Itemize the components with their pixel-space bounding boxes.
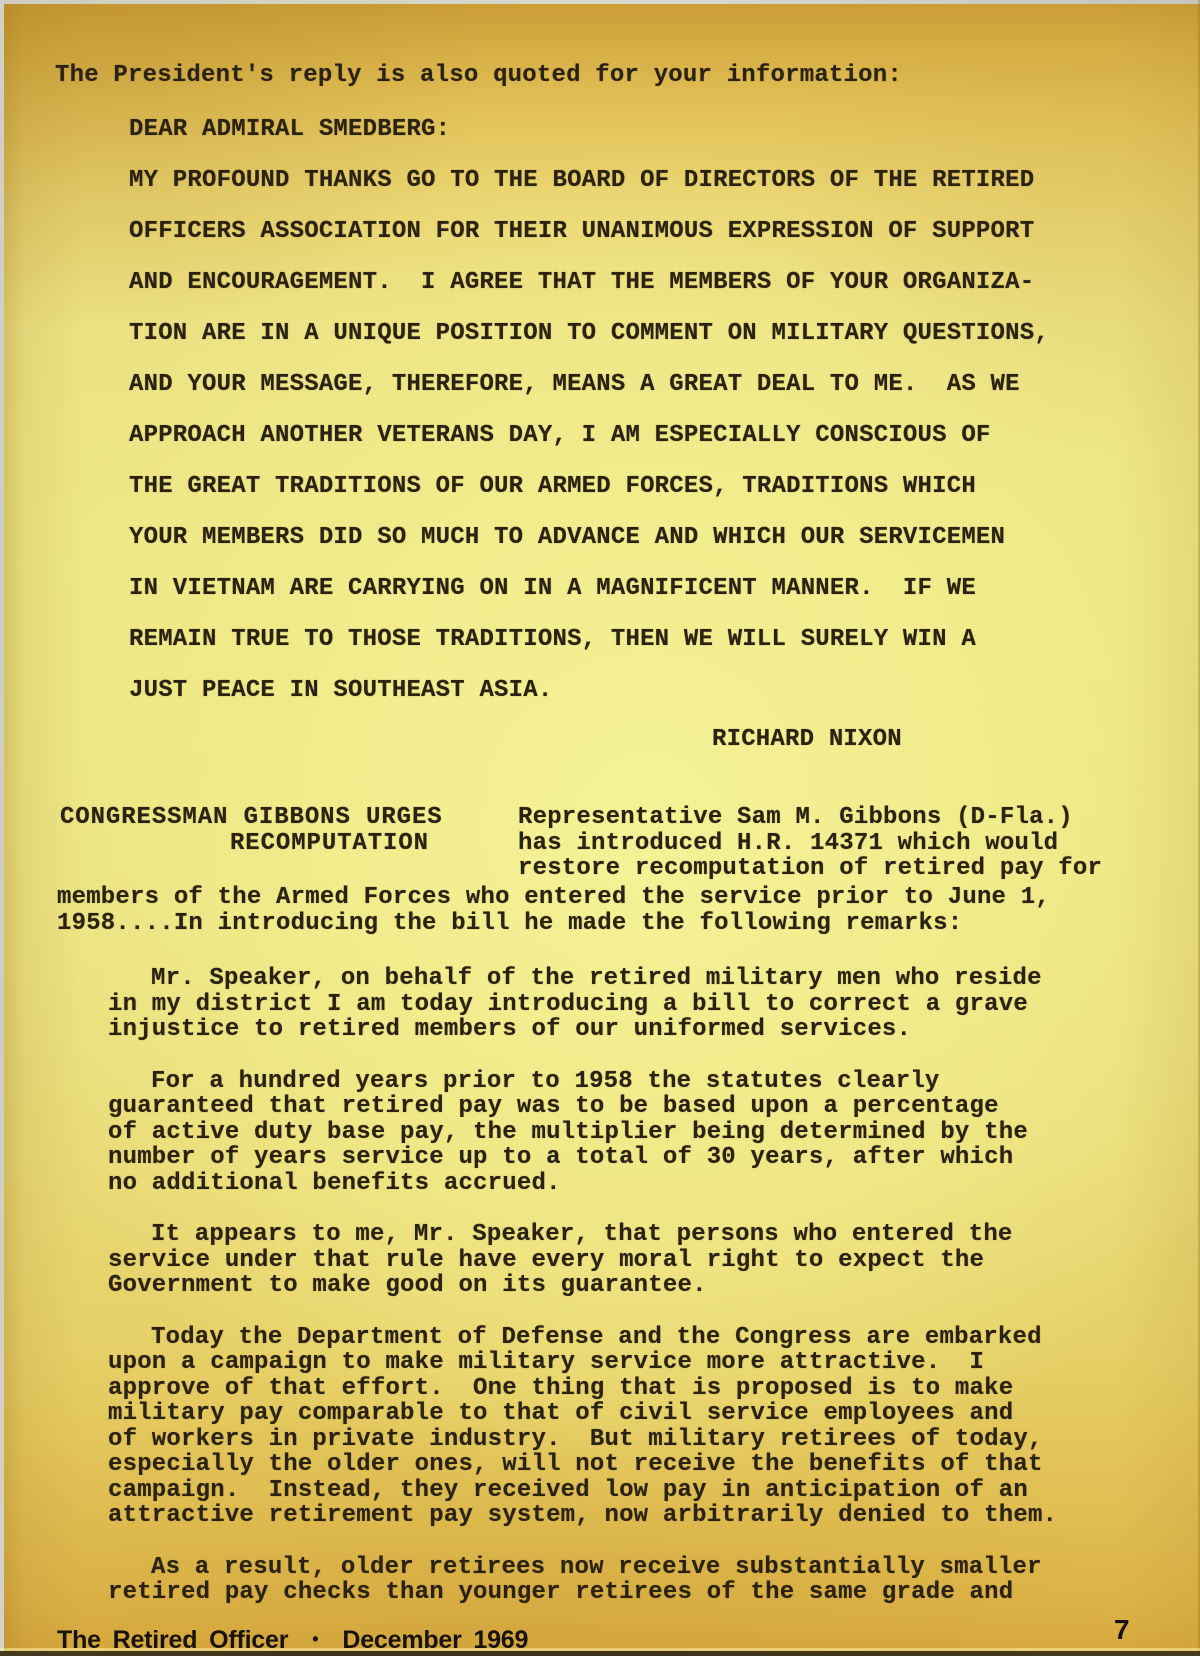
- text-line: As a result, older retirees now receive …: [108, 1555, 1057, 1581]
- text-line: YOUR MEMBERS DID SO MUCH TO ADVANCE AND …: [129, 512, 1049, 563]
- text-line: REMAIN TRUE TO THOSE TRADITIONS, THEN WE…: [129, 614, 1049, 665]
- text-line: approve of that effort. One thing that i…: [108, 1376, 1057, 1402]
- text-line: MY PROFOUND THANKS GO TO THE BOARD OF DI…: [129, 155, 1049, 206]
- page-number: 7: [1114, 1614, 1130, 1646]
- quoted-remarks: Mr. Speaker, on behalf of the retired mi…: [108, 966, 1057, 1632]
- president-letter: DEAR ADMIRAL SMEDBERG:MY PROFOUND THANKS…: [129, 104, 1049, 716]
- quoted-paragraph: It appears to me, Mr. Speaker, that pers…: [108, 1222, 1057, 1299]
- text-line: Representative Sam M. Gibbons (D-Fla.): [518, 805, 1102, 831]
- text-line: It appears to me, Mr. Speaker, that pers…: [108, 1222, 1057, 1248]
- text-line: Today the Department of Defense and the …: [108, 1325, 1057, 1351]
- bullet-separator-icon: •: [312, 1629, 318, 1650]
- letter-signature: RICHARD NIXON: [712, 727, 902, 753]
- text-line: service under that rule have every moral…: [108, 1248, 1057, 1274]
- quoted-paragraph: Today the Department of Defense and the …: [108, 1325, 1057, 1529]
- text-line: especially the older ones, will not rece…: [108, 1452, 1057, 1478]
- text-line: AND YOUR MESSAGE, THEREFORE, MEANS A GRE…: [129, 359, 1049, 410]
- text-line: DEAR ADMIRAL SMEDBERG:: [129, 104, 1049, 155]
- scanned-magazine-page: The President's reply is also quoted for…: [0, 0, 1200, 1656]
- text-line: restore recomputation of retired pay for: [518, 856, 1102, 882]
- issue-date: December 1969: [342, 1626, 528, 1655]
- article-lead-fullwidth: members of the Armed Forces who entered …: [57, 885, 1050, 936]
- text-line: For a hundred years prior to 1958 the st…: [108, 1069, 1057, 1095]
- intro-line: The President's reply is also quoted for…: [55, 63, 902, 89]
- text-line: IN VIETNAM ARE CARRYING ON IN A MAGNIFIC…: [129, 563, 1049, 614]
- article-heading: CONGRESSMAN GIBBONS URGES RECOMPUTATION: [60, 805, 443, 856]
- quoted-paragraph: Mr. Speaker, on behalf of the retired mi…: [108, 966, 1057, 1043]
- text-line: injustice to retired members of our unif…: [108, 1017, 1057, 1043]
- text-line: of active duty base pay, the multiplier …: [108, 1120, 1057, 1146]
- text-line: campaign. Instead, they received low pay…: [108, 1478, 1057, 1504]
- article-lead-column: Representative Sam M. Gibbons (D-Fla.)ha…: [518, 805, 1102, 882]
- text-line: Mr. Speaker, on behalf of the retired mi…: [108, 966, 1057, 992]
- text-line: Government to make good on its guarantee…: [108, 1273, 1057, 1299]
- page-footer: The Retired Officer • December 1969: [57, 1626, 528, 1655]
- text-line: in my district I am today introducing a …: [108, 992, 1057, 1018]
- quoted-paragraph: As a result, older retirees now receive …: [108, 1555, 1057, 1606]
- scan-edge-top: [0, 0, 1200, 4]
- text-line: AND ENCOURAGEMENT. I AGREE THAT THE MEMB…: [129, 257, 1049, 308]
- text-line: no additional benefits accrued.: [108, 1171, 1057, 1197]
- text-line: has introduced H.R. 14371 which would: [518, 831, 1102, 857]
- text-line: 1958....In introducing the bill he made …: [57, 911, 1050, 937]
- text-line: TION ARE IN A UNIQUE POSITION TO COMMENT…: [129, 308, 1049, 359]
- publication-name: The Retired Officer: [57, 1626, 288, 1655]
- text-line: attractive retirement pay system, now ar…: [108, 1503, 1057, 1529]
- text-line: military pay comparable to that of civil…: [108, 1401, 1057, 1427]
- text-line: of workers in private industry. But mili…: [108, 1427, 1057, 1453]
- text-line: number of years service up to a total of…: [108, 1145, 1057, 1171]
- text-line: upon a campaign to make military service…: [108, 1350, 1057, 1376]
- text-line: retired pay checks than younger retirees…: [108, 1580, 1057, 1606]
- text-line: THE GREAT TRADITIONS OF OUR ARMED FORCES…: [129, 461, 1049, 512]
- text-line: JUST PEACE IN SOUTHEAST ASIA.: [129, 665, 1049, 716]
- scan-edge-left: [0, 0, 4, 1656]
- text-line: members of the Armed Forces who entered …: [57, 885, 1050, 911]
- text-line: OFFICERS ASSOCIATION FOR THEIR UNANIMOUS…: [129, 206, 1049, 257]
- article-heading-line-2: RECOMPUTATION: [230, 831, 443, 857]
- text-line: guaranteed that retired pay was to be ba…: [108, 1094, 1057, 1120]
- text-line: APPROACH ANOTHER VETERANS DAY, I AM ESPE…: [129, 410, 1049, 461]
- quoted-paragraph: For a hundred years prior to 1958 the st…: [108, 1069, 1057, 1197]
- article-heading-line-1: CONGRESSMAN GIBBONS URGES: [60, 805, 443, 831]
